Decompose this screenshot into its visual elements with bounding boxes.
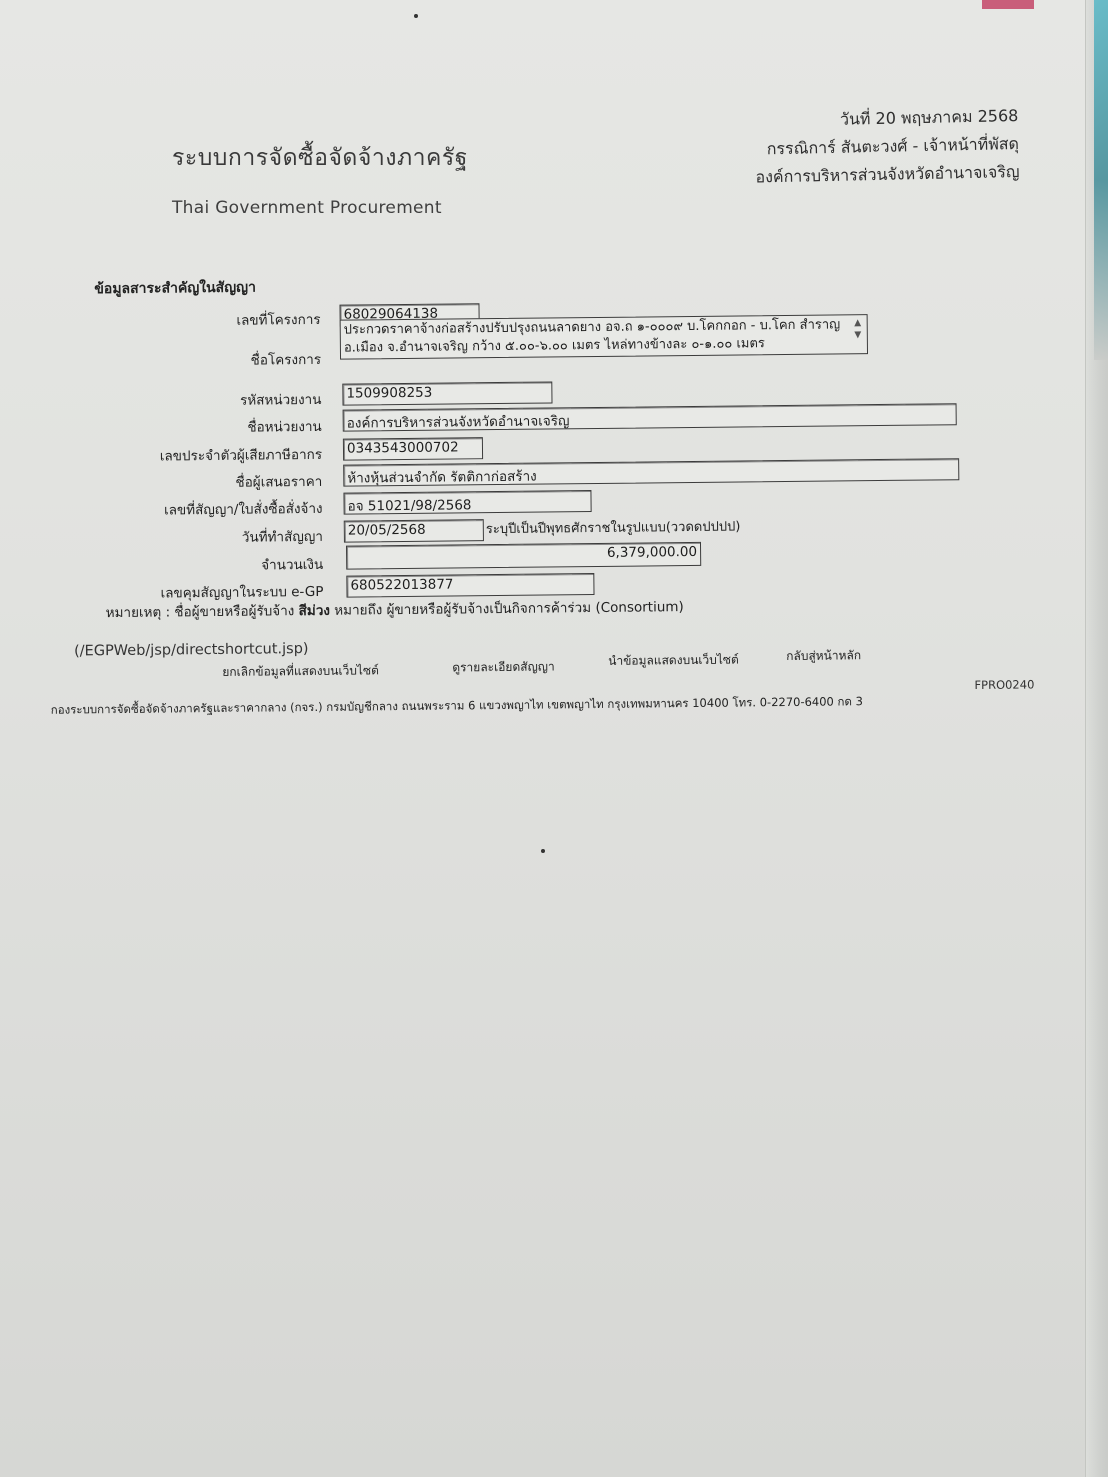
publish-link[interactable]: นำข้อมูลแสดงบนเว็บไซต์ [608,651,739,671]
project-name-textarea[interactable]: ประกวดราคาจ้างก่อสร้างปรับปรุงถนนลาดยาง … [340,314,868,360]
egp-contract-no-field[interactable]: 680522013877 [346,573,594,598]
bidder-name-field[interactable]: ห้างหุ้นส่วนจำกัด รัตติกาก่อสร้าง [343,458,959,486]
agency-name-label: ชื่อหน่วยงาน [22,415,322,440]
back-home-link[interactable]: กลับสู่หน้าหลัก [786,646,861,666]
contract-no-label: เลขที่สัญญา/ใบสั่งซื้อสั่งจ้าง [22,497,322,522]
view-contract-link[interactable]: ดูรายละเอียดสัญญา [452,657,555,677]
bidder-name-label: ชื่อผู้เสนอราคา [22,470,322,495]
scroll-down-icon[interactable]: ▼ [852,329,864,341]
contract-date-label: วันที่ทำสัญญา [23,525,323,550]
footer-address: กองระบบการจัดซื้อจัดจ้างภาครัฐและราคากลา… [51,693,863,720]
project-name-label: ชื่อโครงการ [21,348,321,373]
project-no-label: เลขที่โครงการ [21,308,321,333]
agency-code-field[interactable]: 1509908253 [342,381,552,405]
scroll-up-icon[interactable]: ▲ [852,317,864,329]
consortium-note: หมายเหตุ : ชื่อผู้ขายหรือผู้รับจ้าง สีม่… [106,595,684,623]
amount-label: จำนวนเงิน [23,553,323,578]
project-name-text: ประกวดราคาจ้างก่อสร้างปรับปรุงถนนลาดยาง … [344,317,841,355]
agency-name-field[interactable]: องค์การบริหารส่วนจังหวัดอำนาจเจริญ [343,403,957,431]
note-suffix: หมายถึง ผู้ขายหรือผู้รับจ้างเป็นกิจการค้… [330,599,684,619]
form-code: FPRO0240 [974,677,1034,692]
textarea-scrollbar[interactable]: ▲ ▼ [852,317,864,341]
tax-id-label: เลขประจำตัวผู้เสียภาษีอากร [22,443,322,468]
page-path: (/EGPWeb/jsp/directshortcut.jsp) [74,641,309,659]
amount-field[interactable]: 6,379,000.00 [346,542,701,570]
contract-no-field[interactable]: อจ 51021/98/2568 [343,490,591,515]
contract-summary-form: ข้อมูลสาระสำคัญในสัญญา เลขที่โครงการ 680… [0,0,1108,1477]
cancel-publish-link[interactable]: ยกเลิกข้อมูลที่แสดงบนเว็บไซต์ [222,661,379,682]
note-prefix: หมายเหตุ : ชื่อผู้ขายหรือผู้รับจ้าง [106,603,299,621]
note-highlight: สีม่วง [299,603,330,619]
contract-date-field[interactable]: 20/05/2568 [344,519,484,542]
tax-id-field[interactable]: 0343543000702 [343,437,483,460]
section-title: ข้อมูลสาระสำคัญในสัญญา [94,277,256,301]
agency-code-label: รหัสหน่วยงาน [21,388,321,413]
contract-date-hint: ระบุปีเป็นปีพุทธศักราชในรูปแบบ(ววดดปปปป) [486,515,741,539]
